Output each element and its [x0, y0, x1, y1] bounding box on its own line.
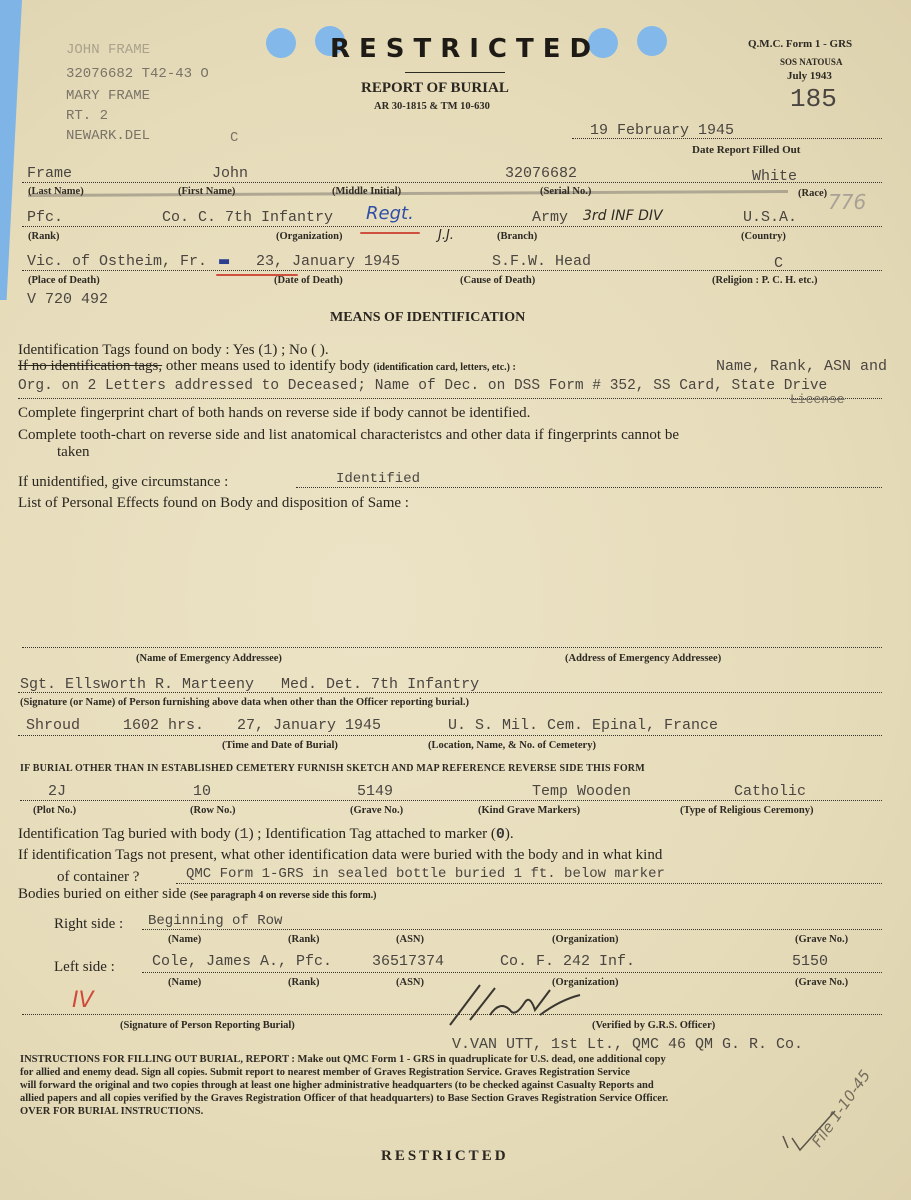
- date-report-line: [572, 138, 882, 139]
- date-report-filled: 19 February 1945: [590, 122, 734, 139]
- section-title-identification: MEANS OF IDENTIFICATION: [330, 310, 525, 326]
- unidentified-label: If unidentified, give circumstance :: [18, 474, 228, 491]
- burial-date: 27, January 1945: [237, 717, 381, 734]
- corner-typed-line: RT. 2: [66, 108, 108, 124]
- branch-mark: J.J.: [438, 228, 454, 243]
- place-of-death-value: Vic. of Ostheim, Fr.: [27, 253, 207, 270]
- report-number: 185: [790, 84, 837, 114]
- religion-label: (Religion : P. C. H. etc.): [712, 275, 817, 286]
- other-means-line-rule: [18, 398, 882, 399]
- right-side-label: Right side :: [54, 916, 123, 933]
- serial-no-label: (Serial No.): [540, 186, 591, 197]
- last-name-value: Frame: [27, 165, 72, 182]
- date-report-label: Date Report Filled Out: [692, 144, 800, 156]
- container-rule: [176, 883, 882, 884]
- instructions-line-2: for allied and enemy dead. Sign all copi…: [20, 1067, 630, 1078]
- pencil-strike: [28, 190, 788, 197]
- branch-value: Army: [532, 209, 568, 226]
- date-of-death-value: 23, January 1945: [256, 253, 400, 270]
- form-date: July 1943: [787, 70, 832, 82]
- ceremony-label: (Type of Religious Ceremony): [680, 805, 813, 816]
- personal-effects-label: List of Personal Effects found on Body a…: [18, 495, 409, 512]
- grave-no-value: 5149: [357, 783, 393, 800]
- burial-shroud: Shroud: [26, 717, 80, 734]
- tag-buried-value: 1: [240, 826, 249, 843]
- instructions-line-4: allied papers and all copies verified by…: [20, 1093, 668, 1104]
- col-grave: (Grave No.): [795, 934, 848, 945]
- adjacent-heading-text: Bodies buried on either side: [18, 886, 186, 902]
- branch-label: (Branch): [497, 231, 537, 242]
- first-name-label: (First Name): [178, 186, 235, 197]
- col-org: (Organization): [552, 934, 619, 945]
- tag-marker-value: 0: [496, 826, 505, 843]
- other-means-hint: (identification card, letters, etc.) :: [373, 362, 515, 373]
- tags-found-label: Identification Tags found on body : Yes …: [18, 342, 263, 358]
- plot-rule: [20, 800, 882, 801]
- country-value: U.S.A.: [743, 209, 797, 226]
- ceremony-value: Catholic: [734, 783, 806, 800]
- burial-report-page: JOHN FRAME 32076682 T42-43 O MARY FRAME …: [0, 0, 911, 1200]
- corner-mark: C: [230, 130, 238, 146]
- corner-typed-line: NEWARK.DEL: [66, 128, 150, 144]
- instructions-line-5: OVER FOR BURIAL INSTRUCTIONS.: [20, 1106, 203, 1117]
- tags-found-end: ).: [320, 342, 329, 358]
- container-value: QMC Form 1-GRS in sealed bottle buried 1…: [186, 866, 665, 882]
- punch-hole: [637, 26, 667, 56]
- left-side-asn: 36517374: [372, 953, 444, 970]
- left-side-org: Co. F. 242 Inf.: [500, 953, 635, 970]
- other-means-label: other means used to identify body: [166, 358, 370, 374]
- other-means-value-2: Org. on 2 Letters addressed to Deceased;…: [18, 378, 827, 394]
- burial-cemetery: U. S. Mil. Cem. Epinal, France: [448, 717, 718, 734]
- col-name: (Name): [168, 934, 201, 945]
- form-id: Q.M.C. Form 1 - GRS: [748, 38, 852, 50]
- adjacent-heading-note: (See paragraph 4 on reverse side this fo…: [190, 890, 376, 901]
- grave-label: (Grave No.): [350, 805, 403, 816]
- right-side-value: Beginning of Row: [148, 913, 282, 929]
- cause-of-death-label: (Cause of Death): [460, 275, 535, 286]
- form-org: SOS NATOUSA: [780, 57, 842, 67]
- row-label: (Row No.): [190, 805, 236, 816]
- col-rank: (Rank): [288, 977, 320, 988]
- organization-handwritten: Regt.: [366, 203, 414, 224]
- right-side-rule: [142, 929, 882, 930]
- classification-bottom: RESTRICTED: [381, 1148, 509, 1165]
- organization-value: Co. C. 7th Infantry: [162, 209, 333, 226]
- corner-typed-line: MARY FRAME: [66, 88, 150, 104]
- marker-kind-value: Temp Wooden: [532, 783, 631, 800]
- burial-rule: [18, 735, 882, 736]
- sketch-notice: IF BURIAL OTHER THAN IN ESTABLISHED CEME…: [20, 763, 645, 774]
- tags-found-line: Identification Tags found on body : Yes …: [18, 342, 329, 359]
- tag-status-line: Identification Tag buried with body (1) …: [18, 826, 514, 843]
- file-reference: V 720 492: [27, 291, 108, 308]
- race-label: (Race): [798, 188, 827, 199]
- corner-typed-line: 32076682 T42-43 O: [66, 66, 209, 82]
- other-means-value-3: License: [790, 392, 845, 407]
- col-name: (Name): [168, 977, 201, 988]
- toothchart-note-1: Complete tooth-chart on reverse side and…: [18, 427, 679, 444]
- tag-buried-label: Identification Tag buried with body (: [18, 826, 240, 842]
- scan-background-edge: [0, 0, 22, 300]
- marker-label: (Kind Grave Markers): [478, 805, 580, 816]
- furnisher-value: Sgt. Ellsworth R. Marteeny Med. Det. 7th…: [20, 676, 479, 693]
- place-of-death-label: (Place of Death): [28, 275, 100, 286]
- officer-signature: [440, 980, 590, 1030]
- other-means-line: If no identification tags, other means u…: [18, 358, 516, 375]
- col-rank: (Rank): [288, 934, 320, 945]
- other-means-struck: If no identification tags,: [18, 358, 162, 374]
- plot-label: (Plot No.): [33, 805, 76, 816]
- instructions-line-1: INSTRUCTIONS FOR FILLING OUT BURIAL, REP…: [20, 1054, 666, 1065]
- report-title: REPORT OF BURIAL: [361, 80, 509, 97]
- cause-of-death-value: S.F.W. Head: [492, 253, 591, 270]
- tag-marker-label: ) ; Identification Tag attached to marke…: [249, 826, 496, 842]
- row-no-value: 10: [193, 783, 211, 800]
- report-subtitle: AR 30-1815 & TM 10-630: [374, 101, 490, 112]
- tags-found-mid: ) ; No (: [272, 342, 316, 358]
- time-date-label: (Time and Date of Burial): [222, 740, 338, 751]
- left-side-grave: 5150: [792, 953, 828, 970]
- punch-hole: [266, 28, 296, 58]
- tags-yes-value: 1: [263, 342, 272, 359]
- corner-typed-line: JOHN FRAME: [66, 42, 150, 58]
- rank-label: (Rank): [28, 231, 60, 242]
- emergency-name-label: (Name of Emergency Addressee): [136, 653, 282, 664]
- first-name-value: John: [212, 165, 248, 182]
- instructions-heading: INSTRUCTIONS FOR FILLING OUT BURIAL, REP…: [20, 1054, 295, 1065]
- fingerprint-note: Complete fingerprint chart of both hands…: [18, 405, 530, 422]
- date-of-death-label: (Date of Death): [274, 275, 343, 286]
- middle-initial-label: (Middle Initial): [332, 186, 401, 197]
- col-grave: (Grave No.): [795, 977, 848, 988]
- instructions-line1-rest: Make out QMC Form 1 - GRS in quadruplica…: [298, 1054, 666, 1065]
- furnisher-label: (Signature (or Name) of Person furnishin…: [20, 697, 469, 708]
- col-asn: (ASN): [396, 934, 424, 945]
- left-side-rule: [142, 972, 882, 973]
- classification-top: RESTRICTED: [330, 34, 600, 64]
- effects-rule: [22, 647, 882, 648]
- row2-line: [22, 226, 882, 227]
- location-label: (Location, Name, & No. of Cemetery): [428, 740, 596, 751]
- red-mark: IV: [72, 988, 94, 1013]
- last-name-label: (Last Name): [28, 186, 84, 197]
- branch-handwritten: 3rd INF DIV: [583, 208, 663, 224]
- row1-line: [22, 182, 882, 183]
- checkmark-icon: [780, 1108, 840, 1153]
- reporter-signature-label: (Signature of Person Reporting Burial): [120, 1020, 295, 1031]
- title-underline: [405, 72, 505, 73]
- organization-label: (Organization): [276, 231, 343, 242]
- race-annotation: 776: [828, 190, 866, 214]
- emergency-address-label: (Address of Emergency Addressee): [565, 653, 721, 664]
- container-question-2: of container ?: [57, 869, 139, 886]
- signature-rule: [22, 1014, 882, 1015]
- left-side-label: Left side :: [54, 959, 115, 976]
- furnisher-rule: [18, 692, 882, 693]
- red-underline: [360, 232, 420, 234]
- verifier-signature-label: (Verified by G.R.S. Officer): [592, 1020, 715, 1031]
- left-side-name: Cole, James A., Pfc.: [152, 953, 332, 970]
- tag-marker-end: ).: [505, 826, 514, 842]
- other-means-value-1: Name, Rank, ASN and: [716, 358, 887, 375]
- unidentified-value: Identified: [336, 471, 420, 487]
- unidentified-rule: [296, 487, 882, 488]
- col-asn: (ASN): [396, 977, 424, 988]
- instructions-line-3: will forward the original and two copies…: [20, 1080, 654, 1091]
- burial-time: 1602 hrs.: [123, 717, 204, 734]
- rank-value: Pfc.: [27, 209, 63, 226]
- row3-line: [22, 270, 882, 271]
- container-question-1: If identification Tags not present, what…: [18, 847, 662, 864]
- verifier-typed: V.VAN UTT, 1st Lt., QMC 46 QM G. R. Co.: [452, 1036, 803, 1053]
- plot-no-value: 2J: [48, 783, 66, 800]
- country-label: (Country): [741, 231, 786, 242]
- struck-text: ▬: [218, 254, 230, 269]
- toothchart-note-2: taken: [57, 444, 89, 461]
- adjacent-heading: Bodies buried on either side (See paragr…: [18, 886, 377, 903]
- serial-no-value: 32076682: [505, 165, 577, 182]
